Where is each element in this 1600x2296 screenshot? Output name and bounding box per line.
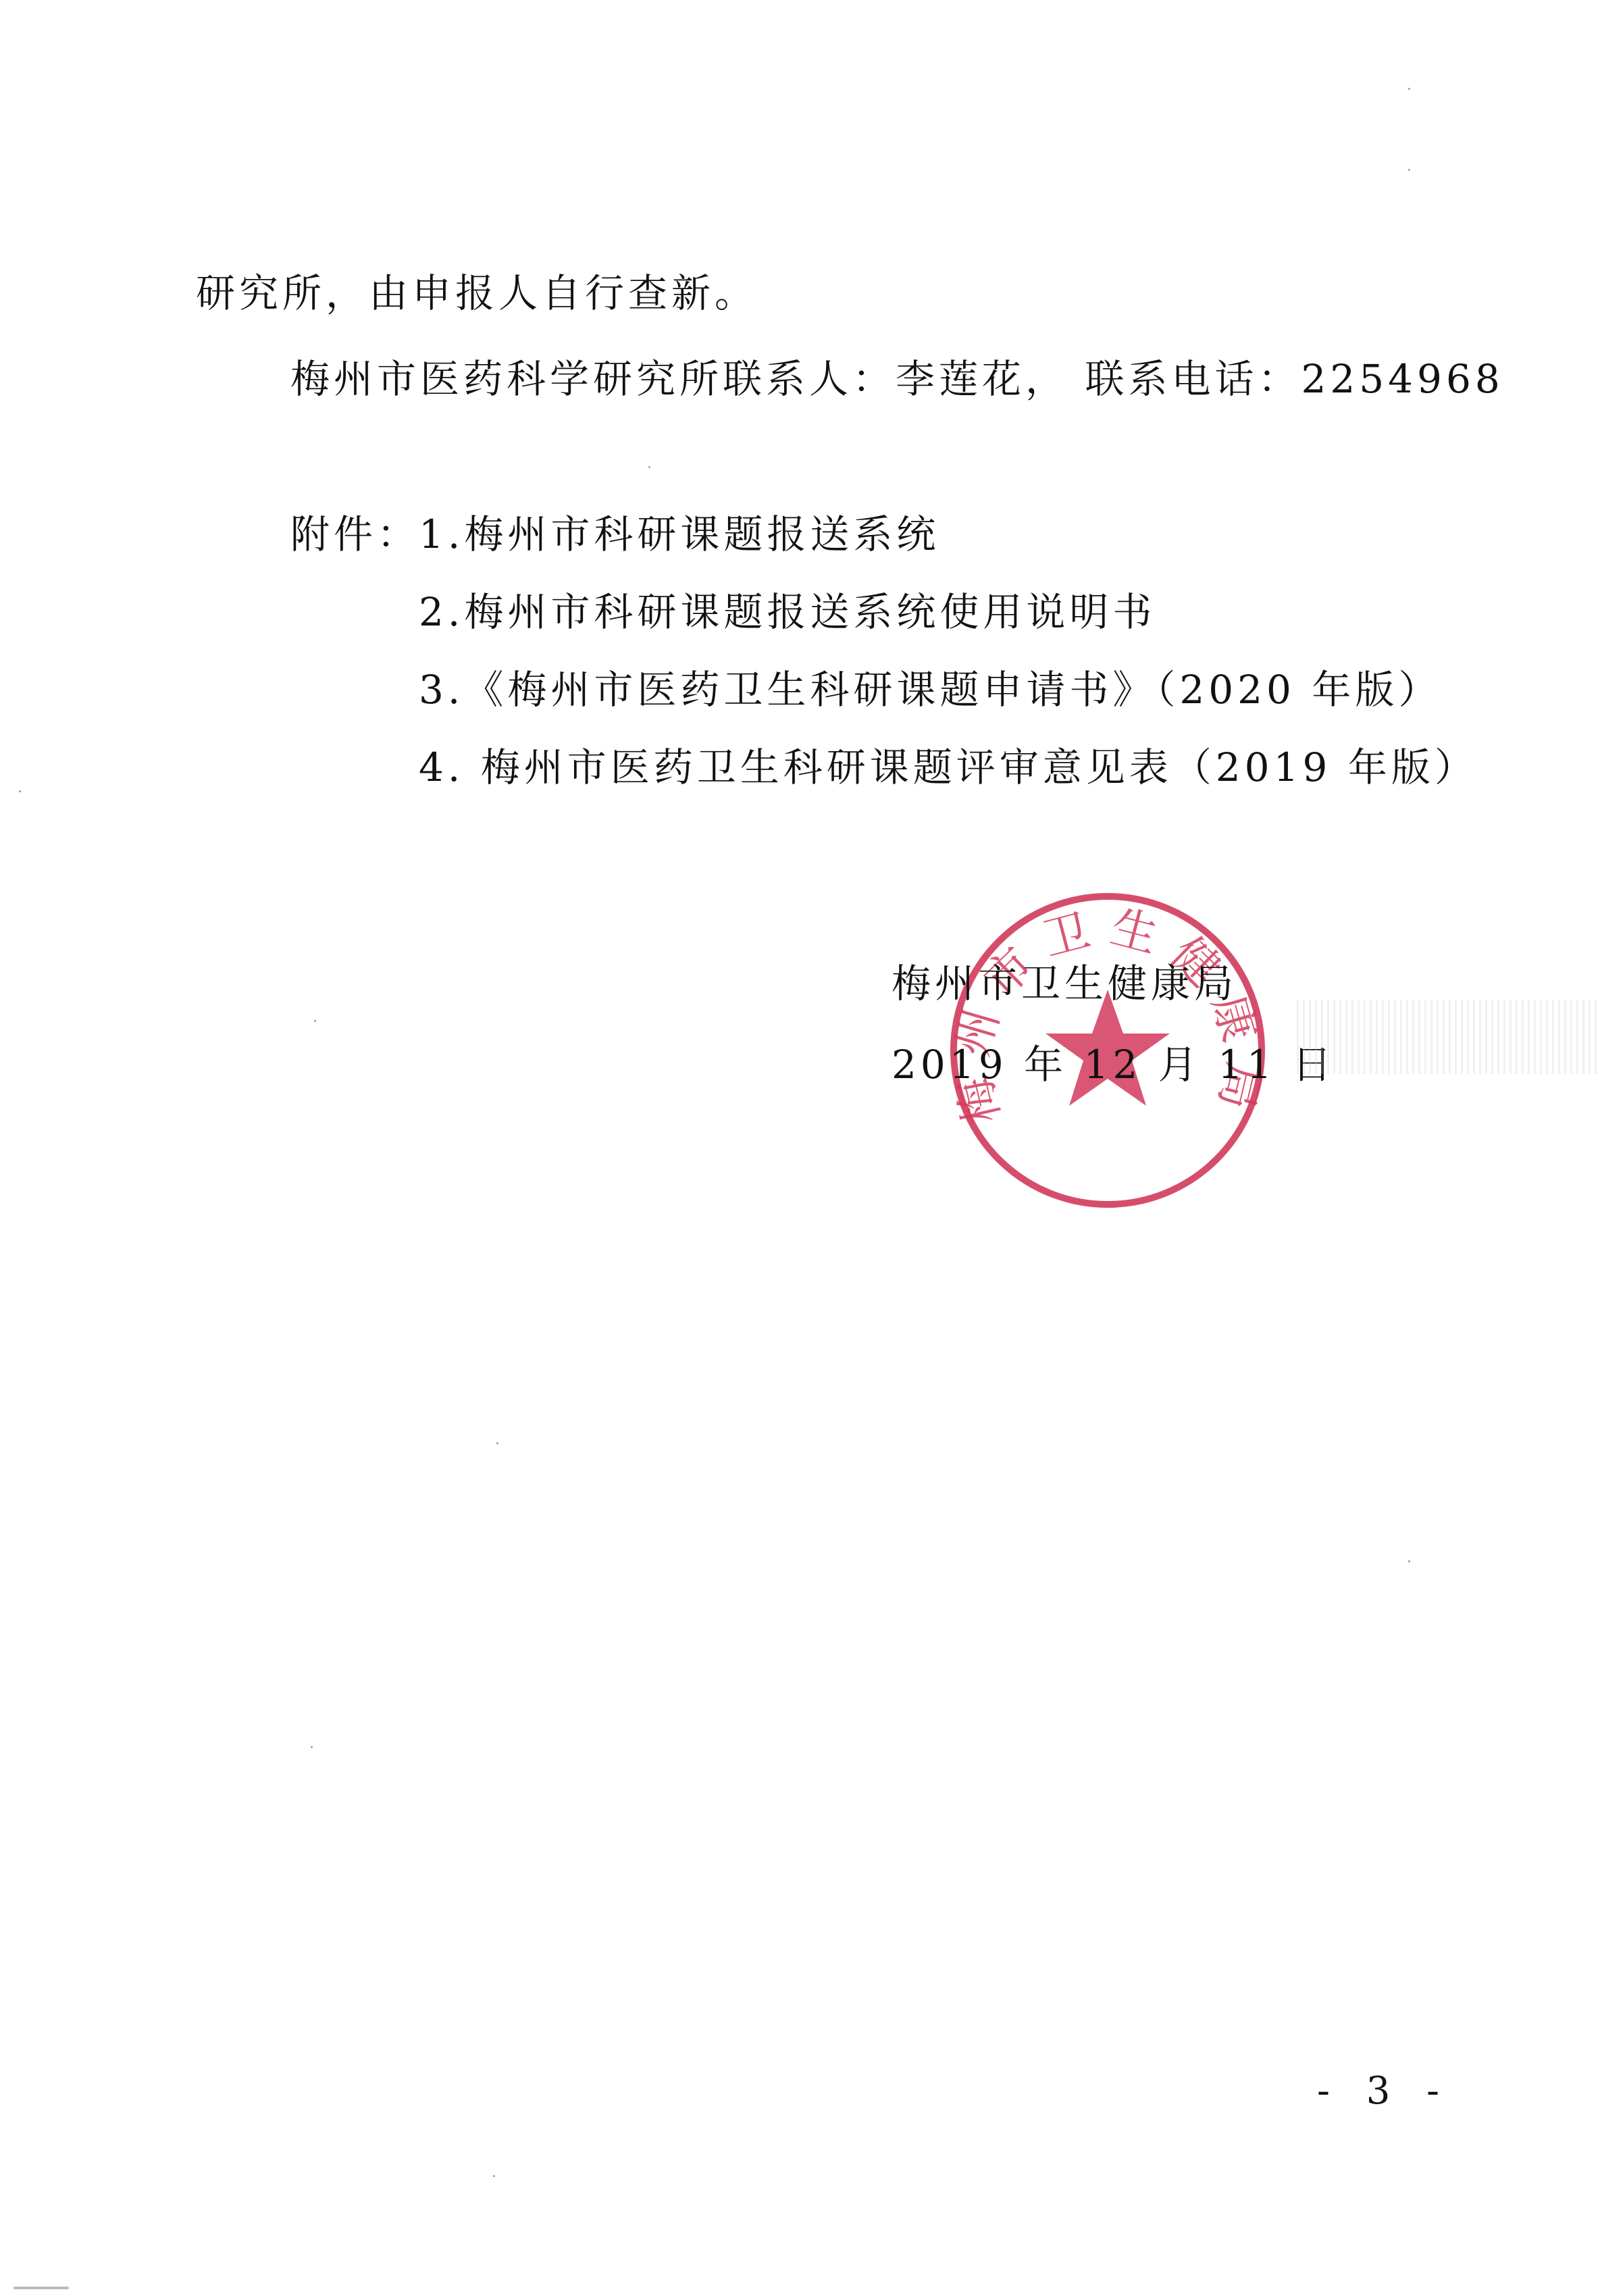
scan-speck bbox=[1408, 169, 1410, 171]
attachment-item: 4. 梅州市医药卫生科研课题评审意见表（2019 年版） bbox=[419, 743, 1478, 792]
paragraph-continuation: 研究所，由申报人自行查新。 bbox=[196, 269, 758, 317]
signature-issuer: 梅州市卫生健康局 bbox=[892, 959, 1237, 1008]
attachments-label: 附件： bbox=[290, 510, 420, 559]
scan-speck bbox=[496, 1442, 498, 1444]
attachment-item: 1.梅州市科研课题报送系统 bbox=[419, 510, 939, 559]
contact-line: 梅州市医药科学研究所联系人：李莲花， 联系电话：2254968 bbox=[290, 355, 1504, 403]
scan-speck bbox=[1408, 88, 1410, 90]
attachment-item: 2.梅州市科研课题报送系统使用说明书 bbox=[419, 588, 1156, 636]
scan-speck bbox=[493, 2175, 495, 2177]
scan-speck bbox=[311, 1746, 313, 1748]
scan-speck bbox=[19, 790, 21, 792]
page-number: - 3 - bbox=[1317, 2067, 1451, 2116]
signature-date: 2019 年 12 月 11 日 bbox=[892, 1040, 1335, 1089]
attachment-item: 3.《梅州市医药卫生科研课题申请书》（2020 年版） bbox=[419, 665, 1441, 714]
scan-edge-mark bbox=[14, 2287, 69, 2289]
scan-speck bbox=[1408, 1560, 1410, 1562]
scan-artifact bbox=[1297, 1000, 1600, 1074]
scan-speck bbox=[648, 466, 650, 468]
scan-speck bbox=[314, 1020, 316, 1022]
